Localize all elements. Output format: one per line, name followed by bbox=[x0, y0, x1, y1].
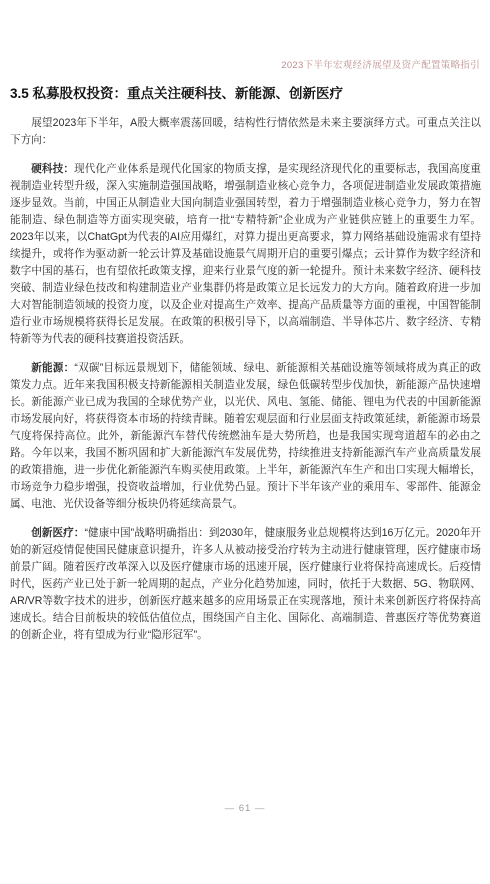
document-header: 2023下半年宏观经济展望及资产配置策略指引 bbox=[10, 59, 480, 72]
paragraph-hard-tech: 硬科技：现代化产业体系是现代化国家的物质支撑，是实现经济现代化的重要标志，我国高… bbox=[10, 161, 481, 348]
intro-paragraph: 展望2023年下半年，A股大概率震荡回暖，结构性行情依然是未来主要演绎方式。可重… bbox=[10, 115, 481, 149]
paragraph-text: “双碳”目标远景规划下，储能领域、绿电、新能源相关基础设施等领域将成为真正的政策… bbox=[10, 362, 481, 510]
paragraph-lead: 创新医疗： bbox=[31, 527, 84, 539]
page-number: — 61 — bbox=[0, 803, 490, 814]
paragraph-new-energy: 新能源：“双碳”目标远景规划下，储能领域、绿电、新能源相关基础设施等领域将成为真… bbox=[10, 360, 481, 513]
paragraph-innovative-medical: 创新医疗：“健康中国”战略明确指出：到2030年，健康服务业总规模将达到16万亿… bbox=[10, 525, 481, 644]
paragraph-lead: 新能源： bbox=[31, 362, 74, 374]
paragraph-lead: 硬科技： bbox=[31, 163, 74, 175]
body-content: 展望2023年下半年，A股大概率震荡回暖，结构性行情依然是未来主要演绎方式。可重… bbox=[10, 115, 481, 656]
paragraph-text: 现代化产业体系是现代化国家的物质支撑，是实现经济现代化的重要标志，我国高度重视制… bbox=[10, 163, 481, 345]
section-title: 3.5 私募股权投资：重点关注硬科技、新能源、创新医疗 bbox=[10, 84, 480, 104]
paragraph-text: “健康中国”战略明确指出：到2030年，健康服务业总规模将达到16万亿元。202… bbox=[10, 527, 481, 641]
report-page: 2023下半年宏观经济展望及资产配置策略指引 3.5 私募股权投资：重点关注硬科… bbox=[0, 0, 490, 884]
